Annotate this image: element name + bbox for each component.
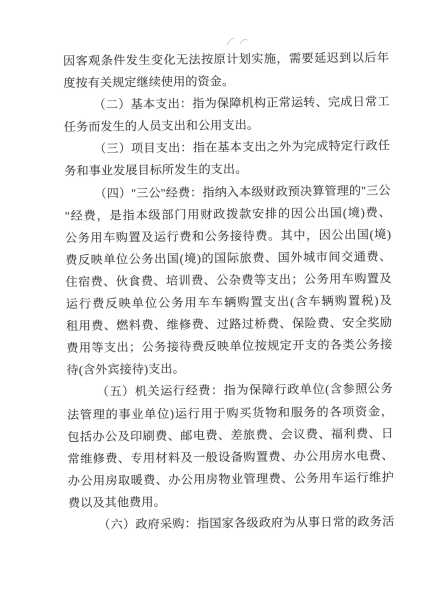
scan-smudge-artifact xyxy=(224,35,250,49)
text-line: （四）"三公"经费：指纳入本级财政预决算管理的"三公 xyxy=(65,179,391,205)
scanned-document-page: 因客观条件发生变化无法按原计划实施，需要延迟到以后年度按有关规定继续使用的资金。… xyxy=(0,0,424,600)
text-line: 包括办公及印刷费、邮电费、差旅费、会议费、福利费、日 xyxy=(67,422,393,448)
text-line: 费用等支出；公务接待费反映单位按规定开支的各类公务接 xyxy=(66,334,392,360)
smudge-strokes-icon xyxy=(224,35,250,49)
text-line: （三）项目支出：指在基本支出之外为完成特定行政任 xyxy=(64,135,390,161)
text-line: （六）政府采购：指国家各级政府为从事日常的政务活 xyxy=(68,510,394,536)
text-line: （二）基本支出：指为保障机构正常运转、完成日常工作 xyxy=(64,90,390,116)
text-line: 因客观条件发生变化无法按原计划实施，需要延迟到以后年 xyxy=(63,46,389,72)
document-text-block: 因客观条件发生变化无法按原计划实施，需要延迟到以后年度按有关规定继续使用的资金。… xyxy=(63,46,394,536)
text-line: 法管理的事业单位)运行用于购买货物和服务的各项资金， xyxy=(67,400,393,426)
text-line: （五）机关运行经费：指为保障行政单位(含参照公务员 xyxy=(67,378,393,404)
text-line: 办公用房取暖费、办公用房物业管理费、公务用车运行维护 xyxy=(68,466,394,492)
